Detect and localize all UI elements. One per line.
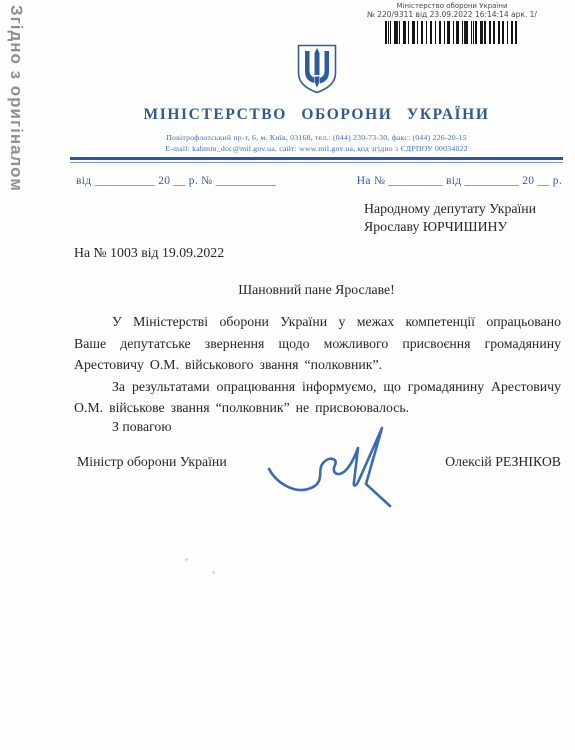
ministry-title: МІНІСТЕРСТВО ОБОРОНИ УКРАЇНИ [68,106,565,124]
handwritten-signature-icon [266,424,414,509]
letter-body: У Міністерстві оборони України у межах к… [74,311,561,419]
ukraine-trident-shield-icon [293,42,341,101]
signer-title: Міністр оборони України [77,454,227,470]
registration-header: Міністерство оборони України № 220/9311 … [337,2,567,44]
address-line: Повітрофлотський пр-т, 6, м. Київ, 03168… [68,133,565,144]
contacts-line: E-mail: kabmin_doc@mil.gov.ua, сайт: www… [68,144,565,155]
letterhead: МІНІСТЕРСТВО ОБОРОНИ УКРАЇНИ Повітрофлот… [68,42,565,154]
registration-org-line: Міністерство оборони України [337,2,567,10]
certified-copy-stamp: Згідно з оригіналом [6,5,26,225]
body-paragraph-1: У Міністерстві оборони України у межах к… [74,311,561,376]
scanned-letter-page: Згідно з оригіналом Міністерство оборони… [0,0,575,750]
incoming-reference-blank: На № _________ від _________ 20 __ р. [357,175,562,187]
salutation: Шановний пане Ярославе! [68,282,565,298]
registration-number-line: № 220/9311 від 23.09.2022 16:14:14 арк. … [337,10,567,19]
letterhead-divider-rule [70,157,563,163]
recipient-block: Народному депутату України Ярославу ЮРЧИ… [364,200,536,235]
recipient-role: Народному депутату України [364,200,536,218]
recipient-name: Ярославу ЮРЧИШИНУ [364,218,536,236]
scan-speck [185,558,188,561]
registration-barcode-icon [385,21,519,44]
reply-reference: На № 1003 від 19.09.2022 [74,245,224,261]
scan-speck [212,571,215,574]
signer-name: Олексій РЕЗНІКОВ [445,454,561,470]
valediction: З повагою [112,419,172,435]
body-paragraph-2: За результатами опрацювання інформуємо, … [74,376,561,419]
outgoing-reference-blank: від __________ 20 __ р. № __________ [76,175,276,187]
reference-blanks-row: від __________ 20 __ р. № __________ На … [76,175,562,187]
